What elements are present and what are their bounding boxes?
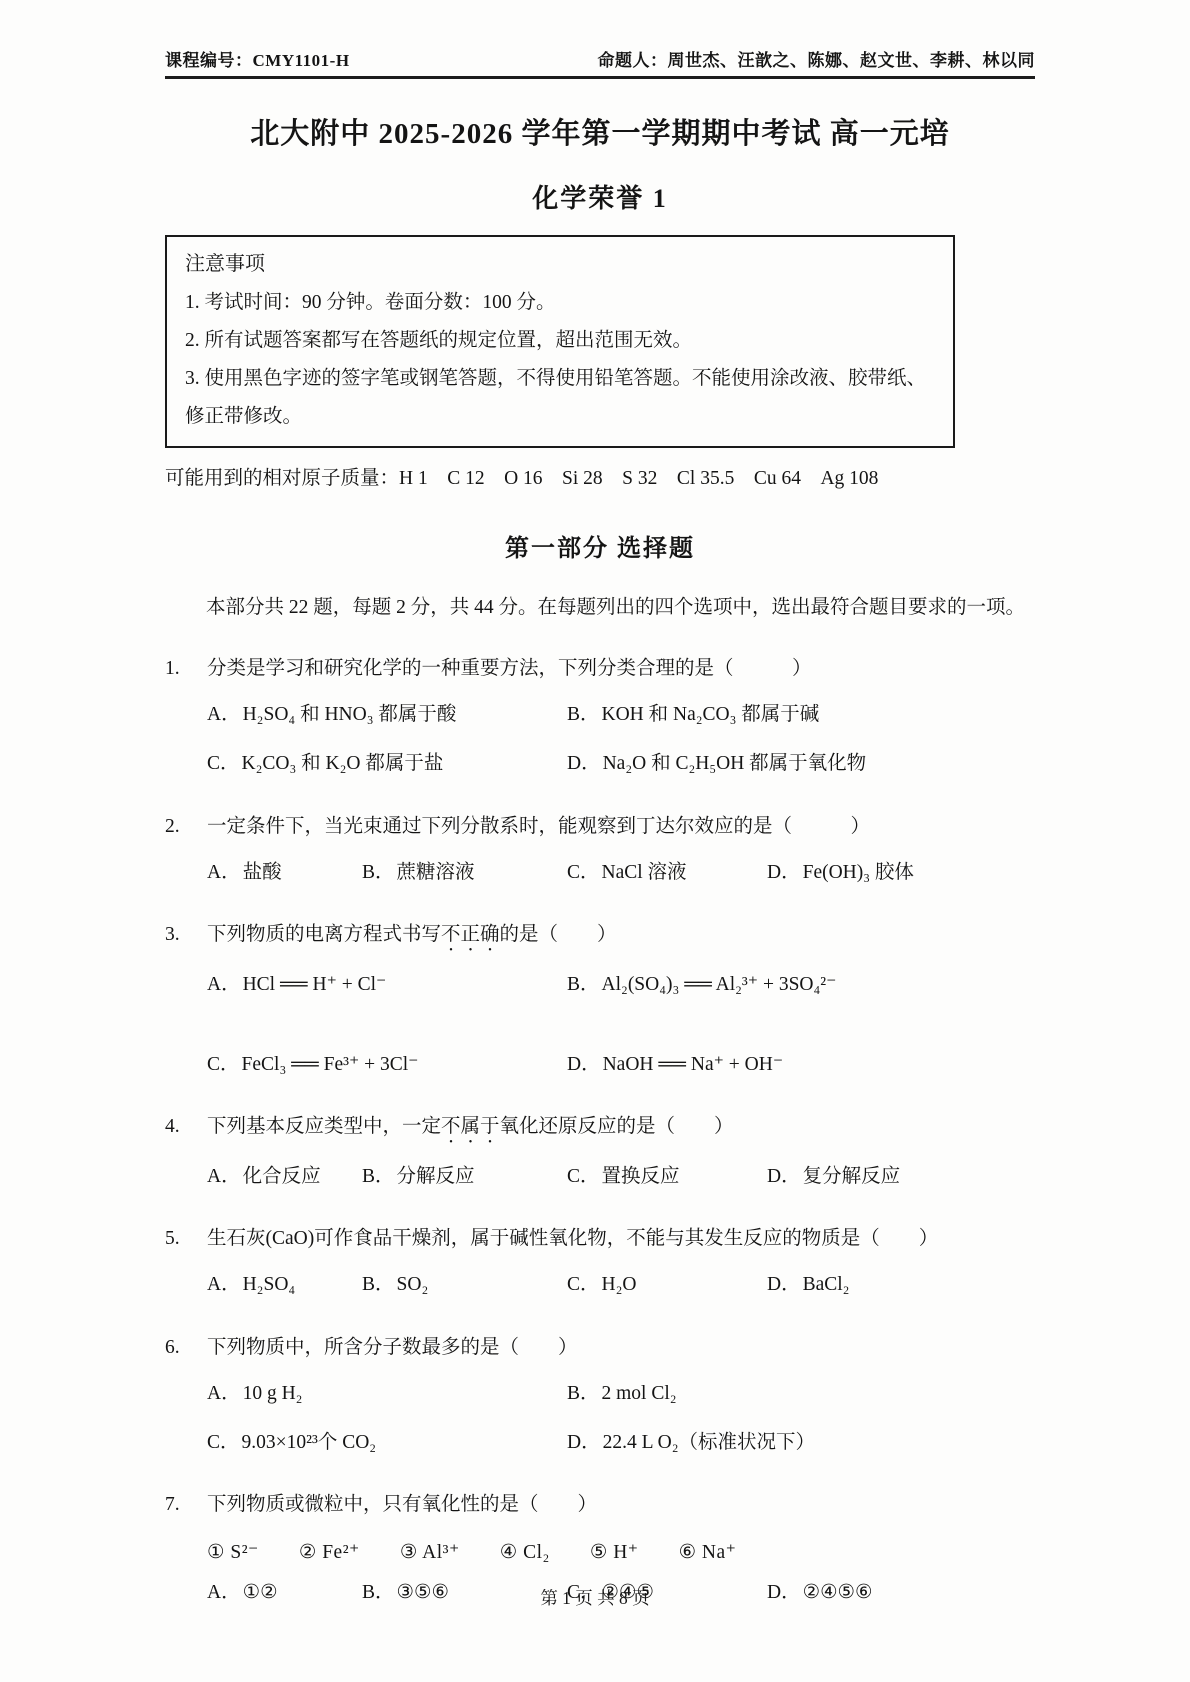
question-2-options: A．盐酸 B．蔗糖溶液 C．NaCl 溶液 D．Fe(OH)₃ 胶体 [165,857,1035,889]
option-text: Al₂(SO₄)₃ ══ Al₂³⁺ + 3SO₄²⁻ [602,974,837,995]
question-4-text-post: 氧化还原反应的是（ ） [500,1116,734,1137]
exam-subtitle: 化学荣誉 1 [165,178,1035,215]
question-2: 2. 一定条件下，当光束通过下列分散系时，能观察到丁达尔效应的是（ ） [165,809,1035,844]
question-4-text: 下列基本反应类型中，一定不属于氧化还原反应的是（ ） [207,1109,1035,1148]
question-5-option-b: B．SO₂ [362,1269,567,1301]
question-3-option-c: C．FeCl₃ ══ Fe³⁺ + 3Cl⁻ [207,1049,567,1081]
option-text: 化合反应 [243,1166,321,1187]
option-text: 蔗糖溶液 [397,862,475,883]
option-label: C． [207,753,240,774]
question-1-options: A．H₂SO₄ 和 HNO₃ 都属于酸 B．KOH 和 Na₂CO₃ 都属于碱 … [165,699,1035,780]
question-1-number: 1. [165,651,207,686]
option-text: K₂CO₃ 和 K₂O 都属于盐 [242,753,444,774]
option-text: NaOH ══ Na⁺ + OH⁻ [603,1054,784,1075]
option-text: H₂SO₄ [243,1274,296,1295]
section-intro: 本部分共 22 题，每题 2 分，共 44 分。在每题列出的四个选项中，选出最符… [165,589,1035,627]
question-3-text-pre: 下列物质的电离方程式书写 [207,924,441,945]
notice-item-1: 1. 考试时间：90 分钟。卷面分数：100 分。 [185,284,935,322]
option-label: B． [362,1274,395,1295]
question-1: 1. 分类是学习和研究化学的一种重要方法，下列分类合理的是（ ） [165,651,1035,686]
question-5: 5. 生石灰(CaO)可作食品干燥剂，属于碱性氧化物，不能与其发生反应的物质是（… [165,1221,1035,1256]
question-7-text: 下列物质或微粒中，只有氧化性的是（ ） [207,1487,1035,1522]
option-text: Fe(OH)₃ 胶体 [803,862,914,883]
question-7-items: ① S²⁻ ② Fe²⁺ ③ Al³⁺ ④ Cl₂ ⑤ H⁺ ⑥ Na⁺ [165,1536,1035,1564]
option-label: A． [207,1274,241,1295]
option-label: C． [207,1054,240,1075]
option-label: A． [207,704,241,725]
question-3-options: A．HCl ══ H⁺ + Cl⁻ B．Al₂(SO₄)₃ ══ Al₂³⁺ +… [165,969,1035,1081]
question-4-option-b: B．分解反应 [362,1161,567,1193]
option-text: 复分解反应 [803,1166,901,1187]
option-text: 10 g H₂ [243,1383,303,1404]
question-5-option-c: C．H₂O [567,1269,767,1301]
notice-item-2: 2. 所有试题答案都写在答题纸的规定位置，超出范围无效。 [185,322,935,360]
question-6-number: 6. [165,1330,207,1365]
option-text: NaCl 溶液 [602,862,687,883]
question-3-text-post: 的是（ ） [500,924,617,945]
question-2-option-c: C．NaCl 溶液 [567,857,767,889]
option-text: SO₂ [397,1274,429,1295]
question-5-text: 生石灰(CaO)可作食品干燥剂，属于碱性氧化物，不能与其发生反应的物质是（ ） [207,1221,1035,1256]
option-text: 盐酸 [243,862,282,883]
option-label: D． [567,1432,601,1453]
option-text: 22.4 L O₂（标准状况下） [603,1432,815,1453]
question-6-option-d: D．22.4 L O₂（标准状况下） [567,1427,1035,1459]
question-5-option-d: D．BaCl₂ [767,1269,1035,1301]
question-4-option-d: D．复分解反应 [767,1161,1035,1193]
exam-authors: 命题人：周世杰、汪歆之、陈娜、赵文世、李耕、林以同 [598,46,1036,71]
option-text: BaCl₂ [803,1274,850,1295]
notice-item-3: 3. 使用黑色字迹的签字笔或钢笔答题，不得使用铅笔答题。不能使用涂改液、胶带纸、… [185,360,935,436]
question-2-text: 一定条件下，当光束通过下列分散系时，能观察到丁达尔效应的是（ ） [207,809,1035,844]
option-text: H₂SO₄ 和 HNO₃ 都属于酸 [243,704,457,725]
option-text: 9.03×10²³个 CO₂ [242,1432,377,1453]
exam-page: 课程编号：CMY1101-H 命题人：周世杰、汪歆之、陈娜、赵文世、李耕、林以同… [0,0,1190,1682]
option-text: 分解反应 [397,1166,475,1187]
question-2-number: 2. [165,809,207,844]
option-text: KOH 和 Na₂CO₃ 都属于碱 [602,704,820,725]
exam-title: 北大附中 2025-2026 学年第一学期期中考试 高一元培 [165,111,1035,152]
question-6-option-a: A．10 g H₂ [207,1378,567,1410]
question-6-options: A．10 g H₂ B．2 mol Cl₂ C．9.03×10²³个 CO₂ D… [165,1378,1035,1459]
option-label: C． [567,1274,600,1295]
option-label: C． [567,862,600,883]
question-4-number: 4. [165,1109,207,1148]
question-2-option-a: A．盐酸 [207,857,362,889]
notice-box: 注意事项 1. 考试时间：90 分钟。卷面分数：100 分。 2. 所有试题答案… [165,235,955,448]
page-number: 第 1 页 共 8 页 [0,1585,1190,1610]
question-3-text: 下列物质的电离方程式书写不正确的是（ ） [207,917,1035,956]
option-label: A． [207,974,241,995]
option-text: 2 mol Cl₂ [602,1383,677,1404]
option-label: B． [362,1166,395,1187]
option-label: A． [207,862,241,883]
question-5-number: 5. [165,1221,207,1256]
question-6-option-b: B．2 mol Cl₂ [567,1378,1035,1410]
option-text: HCl ══ H⁺ + Cl⁻ [243,974,387,995]
option-label: D． [567,753,601,774]
section-title: 第一部分 选择题 [165,528,1035,563]
option-text: H₂O [602,1274,637,1295]
question-4-options: A．化合反应 B．分解反应 C．置换反应 D．复分解反应 [165,1161,1035,1193]
question-5-option-a: A．H₂SO₄ [207,1269,362,1301]
question-3-text-emphasis: 不正确 [441,924,500,945]
option-label: D． [767,1166,801,1187]
page-header: 课程编号：CMY1101-H 命题人：周世杰、汪歆之、陈娜、赵文世、李耕、林以同 [165,46,1035,71]
question-1-option-d: D．Na₂O 和 C₂H₅OH 都属于氧化物 [567,748,1035,780]
question-4: 4. 下列基本反应类型中，一定不属于氧化还原反应的是（ ） [165,1109,1035,1148]
question-1-option-a: A．H₂SO₄ 和 HNO₃ 都属于酸 [207,699,567,731]
option-text: 置换反应 [602,1166,680,1187]
atomic-masses-line: 可能用到的相对原子质量：H 1 C 12 O 16 Si 28 S 32 Cl … [165,462,1035,490]
question-6-text: 下列物质中，所含分子数最多的是（ ） [207,1330,1035,1365]
question-4-option-a: A．化合反应 [207,1161,362,1193]
option-text: Na₂O 和 C₂H₅OH 都属于氧化物 [603,753,867,774]
option-label: A． [207,1166,241,1187]
option-label: B． [362,862,395,883]
question-3-option-b: B．Al₂(SO₄)₃ ══ Al₂³⁺ + 3SO₄²⁻ [567,969,1035,1001]
option-label: D． [567,1054,601,1075]
question-1-option-c: C．K₂CO₃ 和 K₂O 都属于盐 [207,748,567,780]
option-label: B． [567,1383,600,1404]
question-4-option-c: C．置换反应 [567,1161,767,1193]
option-label: C． [567,1166,600,1187]
question-7: 7. 下列物质或微粒中，只有氧化性的是（ ） [165,1487,1035,1522]
option-label: B． [567,974,600,995]
question-3-number: 3. [165,917,207,956]
option-label: B． [567,704,600,725]
option-text: FeCl₃ ══ Fe³⁺ + 3Cl⁻ [242,1054,419,1075]
question-3-option-d: D．NaOH ══ Na⁺ + OH⁻ [567,1049,1035,1081]
option-label: C． [207,1432,240,1453]
question-3: 3. 下列物质的电离方程式书写不正确的是（ ） [165,917,1035,956]
option-label: D． [767,862,801,883]
question-4-text-emphasis: 不属于 [441,1116,500,1137]
question-1-option-b: B．KOH 和 Na₂CO₃ 都属于碱 [567,699,1035,731]
course-code: 课程编号：CMY1101-H [165,46,350,71]
question-7-number: 7. [165,1487,207,1522]
question-4-text-pre: 下列基本反应类型中，一定 [207,1116,441,1137]
question-2-option-d: D．Fe(OH)₃ 胶体 [767,857,1035,889]
notice-heading: 注意事项 [185,245,935,284]
option-label: D． [767,1274,801,1295]
question-2-option-b: B．蔗糖溶液 [362,857,567,889]
option-label: A． [207,1383,241,1404]
question-6-option-c: C．9.03×10²³个 CO₂ [207,1427,567,1459]
question-1-text: 分类是学习和研究化学的一种重要方法，下列分类合理的是（ ） [207,651,1035,686]
question-6: 6. 下列物质中，所含分子数最多的是（ ） [165,1330,1035,1365]
question-5-options: A．H₂SO₄ B．SO₂ C．H₂O D．BaCl₂ [165,1269,1035,1301]
question-3-option-a: A．HCl ══ H⁺ + Cl⁻ [207,969,567,1001]
header-divider [165,76,1035,79]
